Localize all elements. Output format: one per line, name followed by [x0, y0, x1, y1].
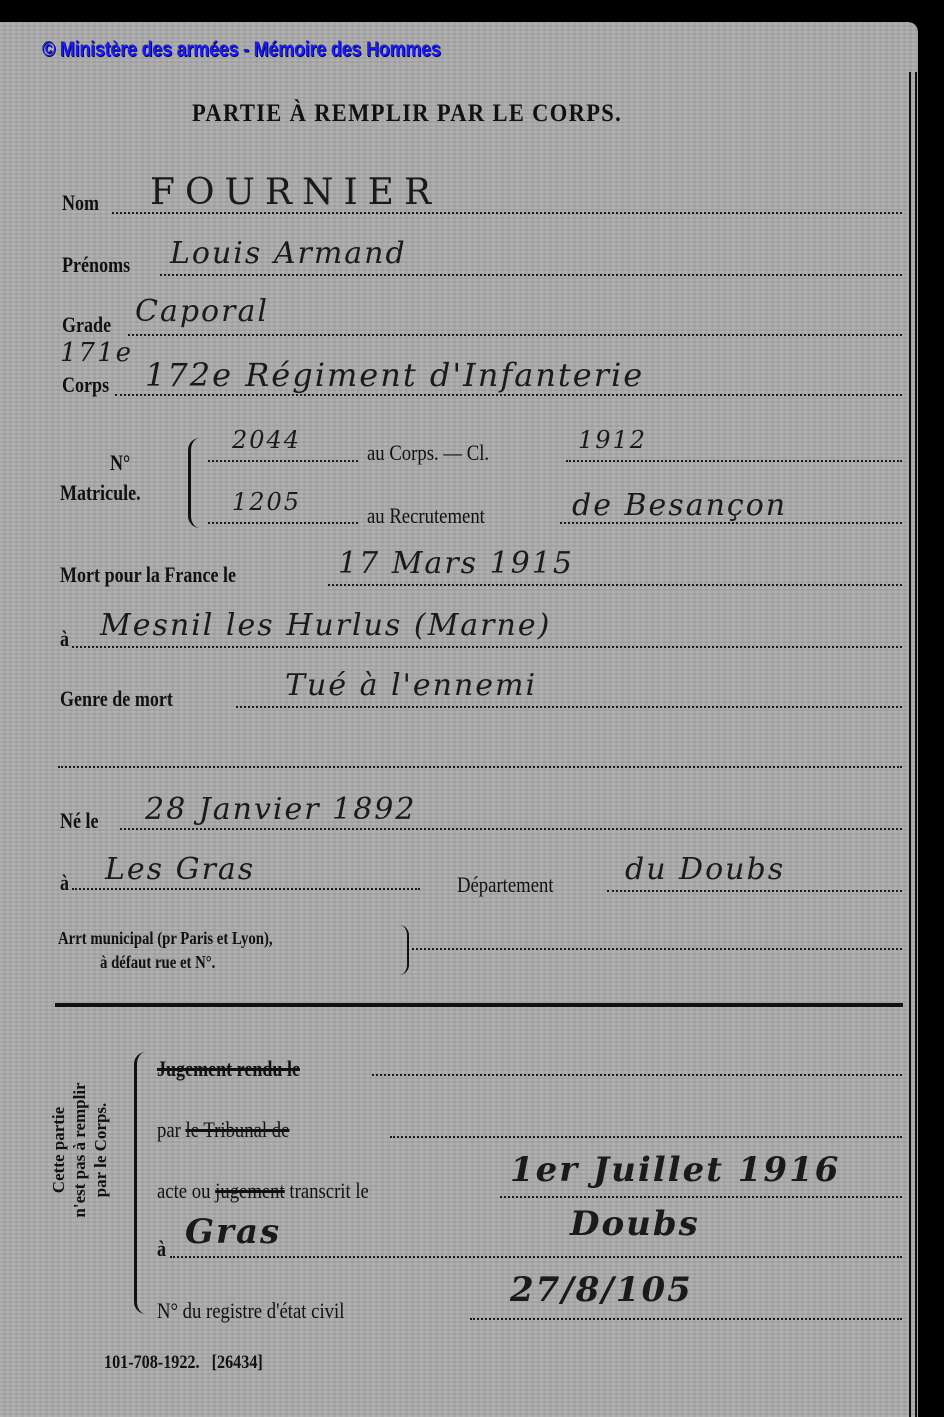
registre-value: 27/8/105 — [510, 1270, 693, 1310]
naissance-date-line — [120, 828, 902, 830]
recrutement-number-value: 1205 — [232, 488, 301, 516]
form-title: PARTIE À REMPLIR PAR LE CORPS. — [192, 100, 622, 128]
tribunal-line — [390, 1136, 902, 1138]
naissance-label: Né le — [60, 808, 99, 834]
lieu-value: Gras — [185, 1212, 281, 1252]
prenoms-label: Prénoms — [62, 252, 130, 278]
genre-mort-value: Tué à l'ennemi — [285, 668, 537, 703]
naissance-place-prefix: à — [60, 870, 69, 896]
corps-number-value: 2044 — [232, 426, 301, 454]
nom-value: FOURNIER — [150, 172, 441, 213]
mort-place-prefix: à — [60, 626, 69, 652]
prenoms-line — [160, 274, 902, 276]
side-note: Cette partie n'est pas à remplir par le … — [48, 1010, 111, 1290]
lieu-line — [170, 1256, 902, 1258]
lieu-prefix: à — [157, 1236, 166, 1262]
print-code: 101-708-1922. [26434] — [104, 1352, 263, 1374]
departement-line — [607, 890, 902, 892]
matricule-brace — [188, 438, 201, 528]
arrondissement-line — [412, 948, 902, 950]
prenoms-value: Louis Armand — [170, 236, 407, 271]
matricule-label: Matricule. — [60, 480, 141, 506]
arrondissement-sublabel: à défaut rue et N°. — [100, 952, 215, 973]
departement-value: du Doubs — [625, 852, 785, 887]
transcrit-value: 1er Juillet 1916 — [510, 1150, 840, 1190]
blank-line — [58, 766, 902, 768]
grade-line — [128, 334, 902, 336]
naissance-place-line — [72, 888, 420, 890]
registre-line — [470, 1318, 902, 1320]
transcrit-label: acte ou jugement transcrit le — [157, 1178, 369, 1204]
classe-value: 1912 — [578, 426, 647, 454]
classe-line — [566, 460, 902, 462]
corps-number-line — [208, 460, 358, 462]
vertical-rule — [915, 72, 917, 1417]
corps-value: 172e Régiment d'Infanterie — [145, 356, 644, 394]
au-corps-label: au Corps. — Cl. — [367, 440, 489, 466]
mort-date-value: 17 Mars 1915 — [338, 546, 574, 581]
lower-section-brace — [134, 1052, 147, 1314]
naissance-date-value: 28 Janvier 1892 — [145, 792, 416, 827]
genre-mort-line — [236, 706, 902, 708]
matricule-label-no: N° — [110, 450, 130, 476]
registre-label: N° du registre d'état civil — [157, 1298, 344, 1324]
arrondissement-label: Arrt municipal (pr Paris et Lyon), — [58, 928, 273, 949]
mort-place-value: Mesnil les Hurlus (Marne) — [100, 608, 551, 643]
jugement-line — [372, 1074, 902, 1076]
corps-annotation: 171e — [60, 338, 133, 368]
recrutement-number-line — [208, 522, 358, 524]
vertical-rule — [909, 72, 911, 1417]
au-recrutement-label: au Recrutement — [367, 503, 485, 529]
grade-label: Grade — [62, 312, 111, 338]
section-divider — [55, 1003, 903, 1007]
transcrit-line — [500, 1196, 902, 1198]
arrondissement-brace — [397, 925, 409, 975]
nom-label: Nom — [62, 190, 99, 216]
copyright-watermark: © Ministère des armées - Mémoire des Hom… — [42, 38, 441, 62]
tribunal-label: par le Tribunal de — [157, 1117, 289, 1143]
mort-place-line — [72, 646, 902, 648]
mort-label: Mort pour la France le — [60, 562, 236, 588]
grade-value: Caporal — [135, 294, 269, 329]
corps-line — [115, 394, 902, 396]
recrutement-value: de Besançon — [572, 488, 787, 523]
jugement-label: Jugement rendu le — [157, 1056, 300, 1082]
mort-date-line — [328, 584, 902, 586]
corps-label: Corps — [62, 372, 109, 398]
lieu-departement-value: Doubs — [570, 1204, 700, 1244]
naissance-place-value: Les Gras — [105, 852, 255, 887]
departement-label: Département — [457, 872, 554, 898]
genre-mort-label: Genre de mort — [60, 686, 173, 712]
